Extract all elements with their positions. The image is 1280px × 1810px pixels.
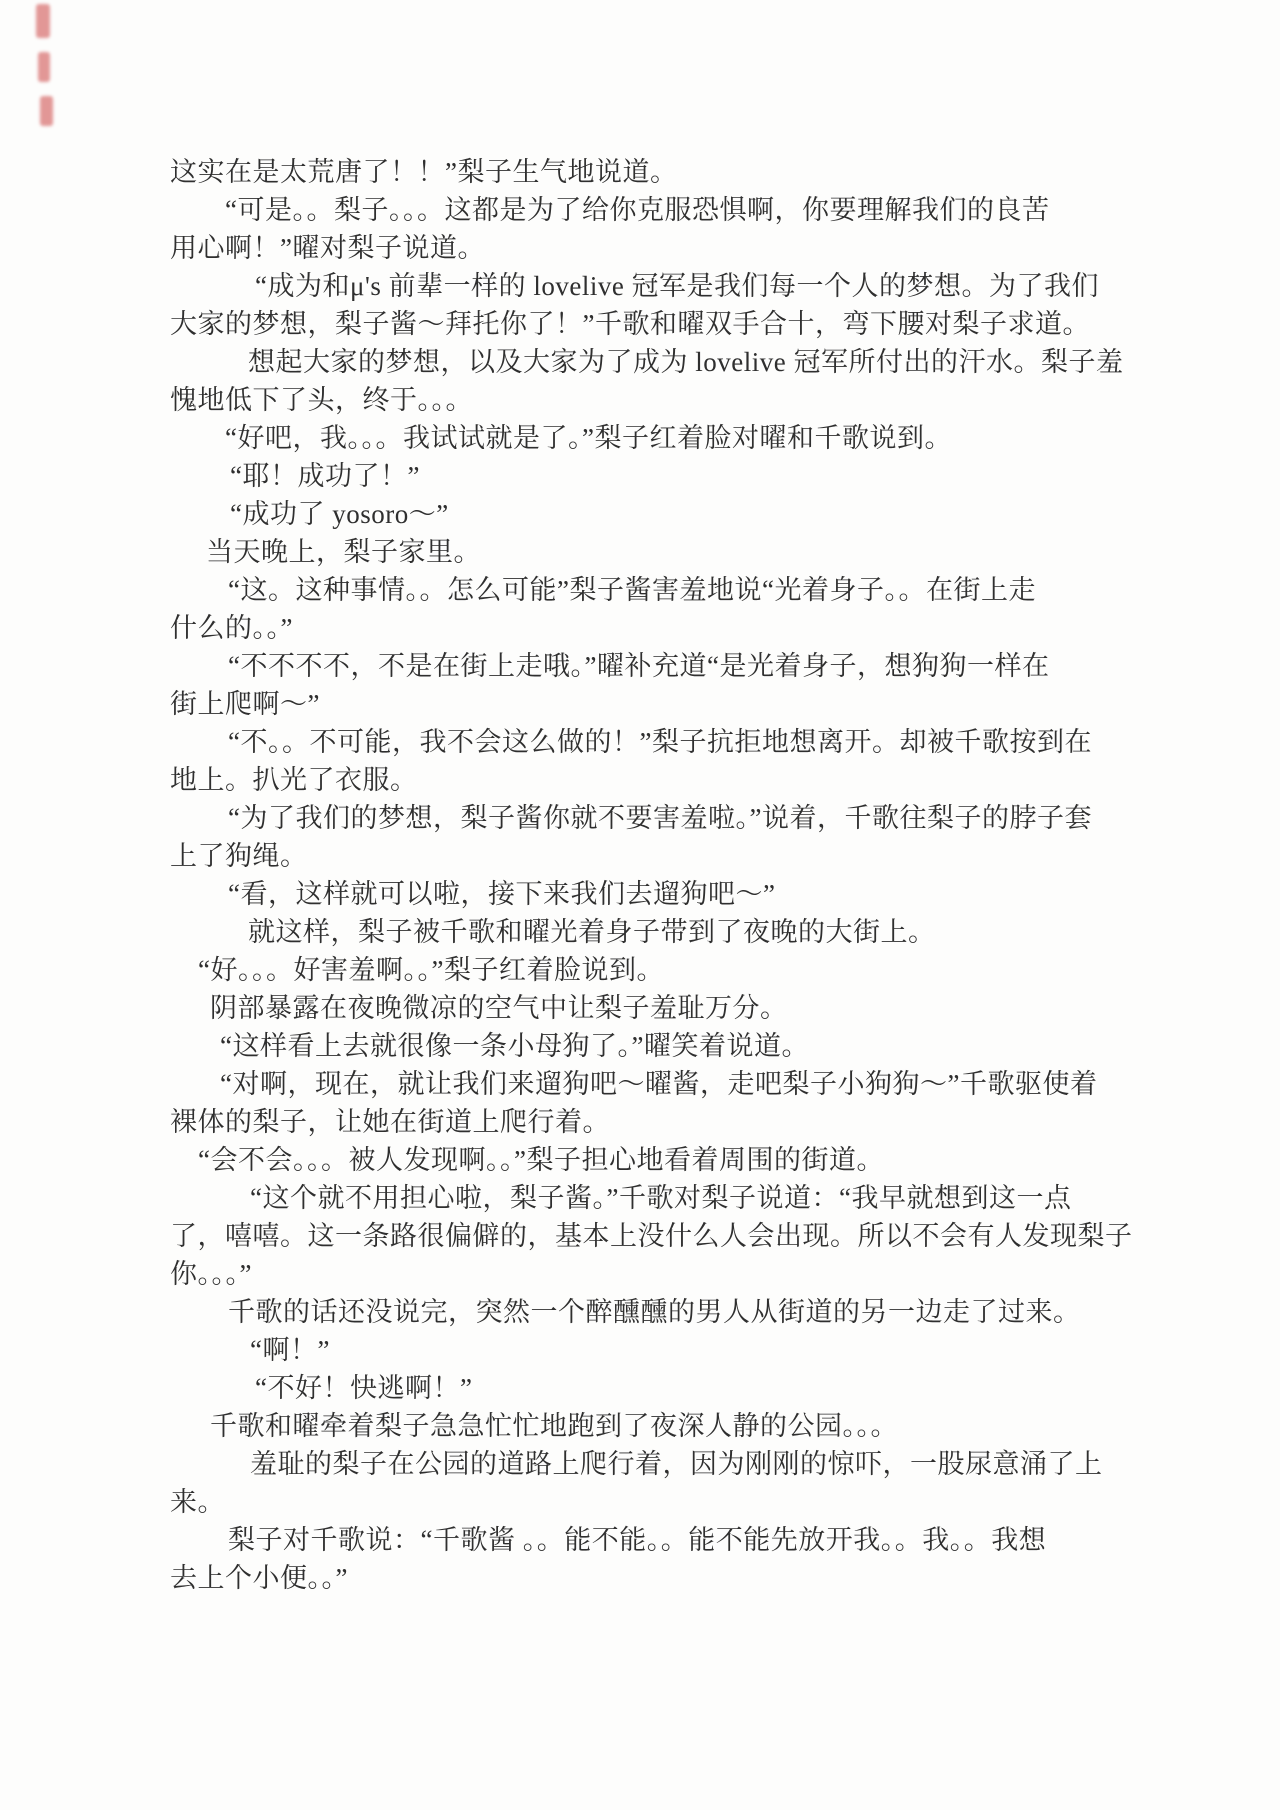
text-line: “会不会。。。被人发现啊。。”梨子担心地看着周围的街道。 — [170, 1141, 1095, 1179]
text-line: 了，嘻嘻。这一条路很偏僻的，基本上没什么人会出现。所以不会有人发现梨子 — [170, 1217, 1095, 1255]
scanned-document-page: 这实在是太荒唐了！！”梨子生气地说道。“可是。。梨子。。。这都是为了给你克服恐惧… — [0, 0, 1280, 1810]
text-line: 地上。扒光了衣服。 — [170, 761, 1095, 799]
text-line: 千歌的话还没说完，突然一个醉醺醺的男人从街道的另一边走了过来。 — [170, 1293, 1095, 1331]
scan-artifact-mark — [38, 52, 50, 82]
text-line: 梨子对千歌说：“千歌酱 。。能不能。。能不能先放开我。。我。。我想 — [170, 1521, 1095, 1559]
text-line: “看，这样就可以啦，接下来我们去遛狗吧～” — [170, 875, 1095, 913]
text-line: “好。。。好害羞啊。。”梨子红着脸说到。 — [170, 951, 1095, 989]
text-line: “这样看上去就很像一条小母狗了。”曜笑着说道。 — [170, 1027, 1095, 1065]
scan-artifact-mark — [40, 96, 53, 126]
text-line: “成为和μ's 前辈一样的 lovelive 冠军是我们每一个人的梦想。为了我们 — [170, 267, 1095, 305]
text-line: “这。这种事情。。怎么可能”梨子酱害羞地说“光着身子。。在街上走 — [170, 571, 1095, 609]
text-line: “对啊，现在，就让我们来遛狗吧～曜酱，走吧梨子小狗狗～”千歌驱使着 — [170, 1065, 1095, 1103]
text-line: 想起大家的梦想，以及大家为了成为 lovelive 冠军所付出的汗水。梨子羞 — [170, 343, 1095, 381]
text-line: “可是。。梨子。。。这都是为了给你克服恐惧啊，你要理解我们的良苦 — [170, 191, 1095, 229]
text-line: 街上爬啊～” — [170, 685, 1095, 723]
text-line: 羞耻的梨子在公园的道路上爬行着，因为刚刚的惊吓，一股尿意涌了上 — [170, 1445, 1095, 1483]
text-line: 去上个小便。。” — [170, 1559, 1095, 1597]
text-line: “耶！成功了！” — [170, 457, 1095, 495]
text-line: 裸体的梨子，让她在街道上爬行着。 — [170, 1103, 1095, 1141]
text-line: “这个就不用担心啦，梨子酱。”千歌对梨子说道：“我早就想到这一点 — [170, 1179, 1095, 1217]
text-line: “不不不不，不是在街上走哦。”曜补充道“是光着身子，想狗狗一样在 — [170, 647, 1095, 685]
text-line: 用心啊！”曜对梨子说道。 — [170, 229, 1095, 267]
text-line: 什么的。。” — [170, 609, 1095, 647]
text-line: 来。 — [170, 1483, 1095, 1521]
text-line: “为了我们的梦想，梨子酱你就不要害羞啦。”说着，千歌往梨子的脖子套 — [170, 799, 1095, 837]
text-line: 千歌和曜牵着梨子急急忙忙地跑到了夜深人静的公园。。。 — [170, 1407, 1095, 1445]
text-line: “啊！” — [170, 1331, 1095, 1369]
text-line: 当天晚上，梨子家里。 — [170, 533, 1095, 571]
text-line: “不。。不可能，我不会这么做的！”梨子抗拒地想离开。却被千歌按到在 — [170, 723, 1095, 761]
text-line: “成功了 yosoro～” — [170, 495, 1095, 533]
text-line: 上了狗绳。 — [170, 837, 1095, 875]
text-line: “好吧，我。。。我试试就是了。”梨子红着脸对曜和千歌说到。 — [170, 419, 1095, 457]
text-line: “不好！快逃啊！” — [170, 1369, 1095, 1407]
text-line: 你。。。” — [170, 1255, 1095, 1293]
text-line: 这实在是太荒唐了！！”梨子生气地说道。 — [170, 153, 1095, 191]
scan-artifact-mark — [36, 4, 50, 38]
text-line: 大家的梦想，梨子酱～拜托你了！”千歌和曜双手合十，弯下腰对梨子求道。 — [170, 305, 1095, 343]
text-line: 愧地低下了头，终于。。。 — [170, 381, 1095, 419]
story-text-block: 这实在是太荒唐了！！”梨子生气地说道。“可是。。梨子。。。这都是为了给你克服恐惧… — [170, 153, 1095, 1597]
text-line: 阴部暴露在夜晚微凉的空气中让梨子羞耻万分。 — [170, 989, 1095, 1027]
text-line: 就这样，梨子被千歌和曜光着身子带到了夜晚的大街上。 — [170, 913, 1095, 951]
